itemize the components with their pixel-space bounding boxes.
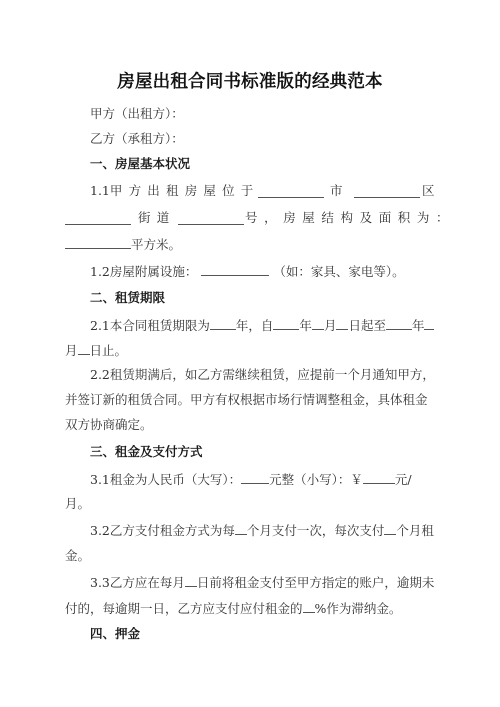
clause-1-1-line-3: 平方米。 <box>65 236 181 253</box>
clause-text: 日止。 <box>90 343 128 358</box>
clause-text: 年，自 <box>236 318 274 333</box>
clause-text: 付的，每逾期一日，乙方应支付应付租金的 <box>65 601 303 616</box>
street-label: 街道 <box>138 210 175 226</box>
clause-text: %作为滞纳金。 <box>315 601 402 616</box>
clause-number: 1.2 <box>90 264 110 279</box>
section-1-heading: 一、房屋基本状况 <box>90 156 190 172</box>
city-label: 市 <box>330 183 343 199</box>
clause-3-1-line-2: 月。 <box>65 496 90 512</box>
clause-number: 3.2 <box>90 523 110 538</box>
blank-start-day[interactable] <box>336 317 348 330</box>
blank-payment-day[interactable] <box>185 574 197 587</box>
clause-2-2-line-3: 双方协商确定。 <box>65 417 153 433</box>
clause-number: 1.1 <box>90 183 110 198</box>
clause-text: 甲方出租房屋位于 <box>110 183 260 198</box>
clause-3-3-line-1: 3.3乙方应在每月日前将租金支付至甲方指定的账户，逾期未 <box>90 574 434 591</box>
document-page: 房屋出租合同书标准版的经典范本 甲方（出租方）： 乙方（承租方）： 一、房屋基本… <box>0 0 500 707</box>
blank-start-month[interactable] <box>312 317 324 330</box>
clause-2-1-line-2: 月日止。 <box>65 342 127 359</box>
blank-end-month-start[interactable] <box>424 317 434 330</box>
blank-months-per-payment[interactable] <box>384 522 396 535</box>
clause-3-2-line-2: 金。 <box>65 548 90 564</box>
clause-2-1-line-1: 2.1本合同租赁期限为年，自年月日起至年 <box>90 317 434 334</box>
clause-3-2-line-1: 3.2乙方支付租金方式为每个月支付一次，每次支付个月租 <box>90 522 434 539</box>
section-4-heading: 四、押金 <box>90 626 140 642</box>
number-label: 号，房屋结构及面积为： <box>245 210 455 226</box>
clause-2-2-line-1: 2.2租赁期满后，如乙方需继续租赁，应提前一个月通知甲方， <box>90 367 435 383</box>
blank-payment-interval[interactable] <box>235 522 247 535</box>
section-2-heading: 二、租赁期限 <box>90 290 165 306</box>
clause-text: 月 <box>65 343 78 358</box>
blank-late-fee-percent[interactable] <box>303 600 315 613</box>
clause-number: 3.3 <box>90 575 110 590</box>
blank-area[interactable] <box>65 236 131 249</box>
clause-text: 年 <box>412 318 425 333</box>
clause-3-3-line-2: 付的，每逾期一日，乙方应支付应付租金的%作为滞纳金。 <box>65 600 401 617</box>
clause-text: 房屋附属设施： <box>110 264 198 279</box>
clause-text: 租赁期满后，如乙方需继续租赁，应提前一个月通知甲方， <box>110 367 435 382</box>
clause-2-2-line-2: 并签订新的租赁合同。甲方有权根据市场行情调整租金，具体租金 <box>65 392 428 408</box>
clause-text: 乙方应在每月 <box>110 575 185 590</box>
clause-text: 租金为人民币（大写）： <box>110 472 241 487</box>
clause-text: 年 <box>299 318 312 333</box>
blank-start-year[interactable] <box>273 317 299 330</box>
clause-1-2: 1.2房屋附属设施： （如：家具、家电等）。 <box>90 263 405 280</box>
clause-text: 乙方支付租金方式为每 <box>110 523 235 538</box>
clause-3-1-line-1: 3.1租金为人民币（大写）：元整（小写）：￥元/ <box>90 471 412 488</box>
clause-number: 2.1 <box>90 318 110 333</box>
clause-text: 月 <box>324 318 337 333</box>
blank-end-year[interactable] <box>386 317 412 330</box>
clause-text: 元/ <box>395 472 412 487</box>
blank-end-day[interactable] <box>78 342 90 355</box>
blank-number[interactable] <box>178 212 244 225</box>
clause-text: 日前将租金支付至甲方指定的账户，逾期未 <box>197 575 435 590</box>
blank-street[interactable] <box>65 212 131 225</box>
document-title: 房屋出租合同书标准版的经典范本 <box>0 68 500 93</box>
area-unit: 平方米。 <box>131 237 181 252</box>
clause-text: 个月支付一次，每次支付 <box>247 523 385 538</box>
clause-1-1-line-1: 1.1甲方出租房屋位于 市 区 <box>90 183 260 199</box>
clause-number: 2.2 <box>90 367 110 382</box>
section-3-heading: 三、租金及支付方式 <box>90 444 203 460</box>
blank-rent-amount[interactable] <box>363 471 395 484</box>
blank-city[interactable] <box>258 185 324 198</box>
blank-facilities[interactable] <box>201 263 269 276</box>
clause-text: （如：家具、家电等）。 <box>273 264 404 279</box>
district-label: 区 <box>422 183 435 199</box>
clause-text: 本合同租赁期限为 <box>110 318 210 333</box>
party-a-label: 甲方（出租方）： <box>90 106 184 122</box>
clause-text: 日起至 <box>348 318 386 333</box>
blank-lease-years[interactable] <box>210 317 236 330</box>
clause-number: 3.1 <box>90 472 110 487</box>
blank-rent-uppercase[interactable] <box>241 471 269 484</box>
clause-text: 个月租 <box>396 523 434 538</box>
blank-district[interactable] <box>354 185 420 198</box>
clause-text: 元整（小写）：￥ <box>269 472 363 487</box>
party-b-label: 乙方（承租方）： <box>90 131 184 147</box>
